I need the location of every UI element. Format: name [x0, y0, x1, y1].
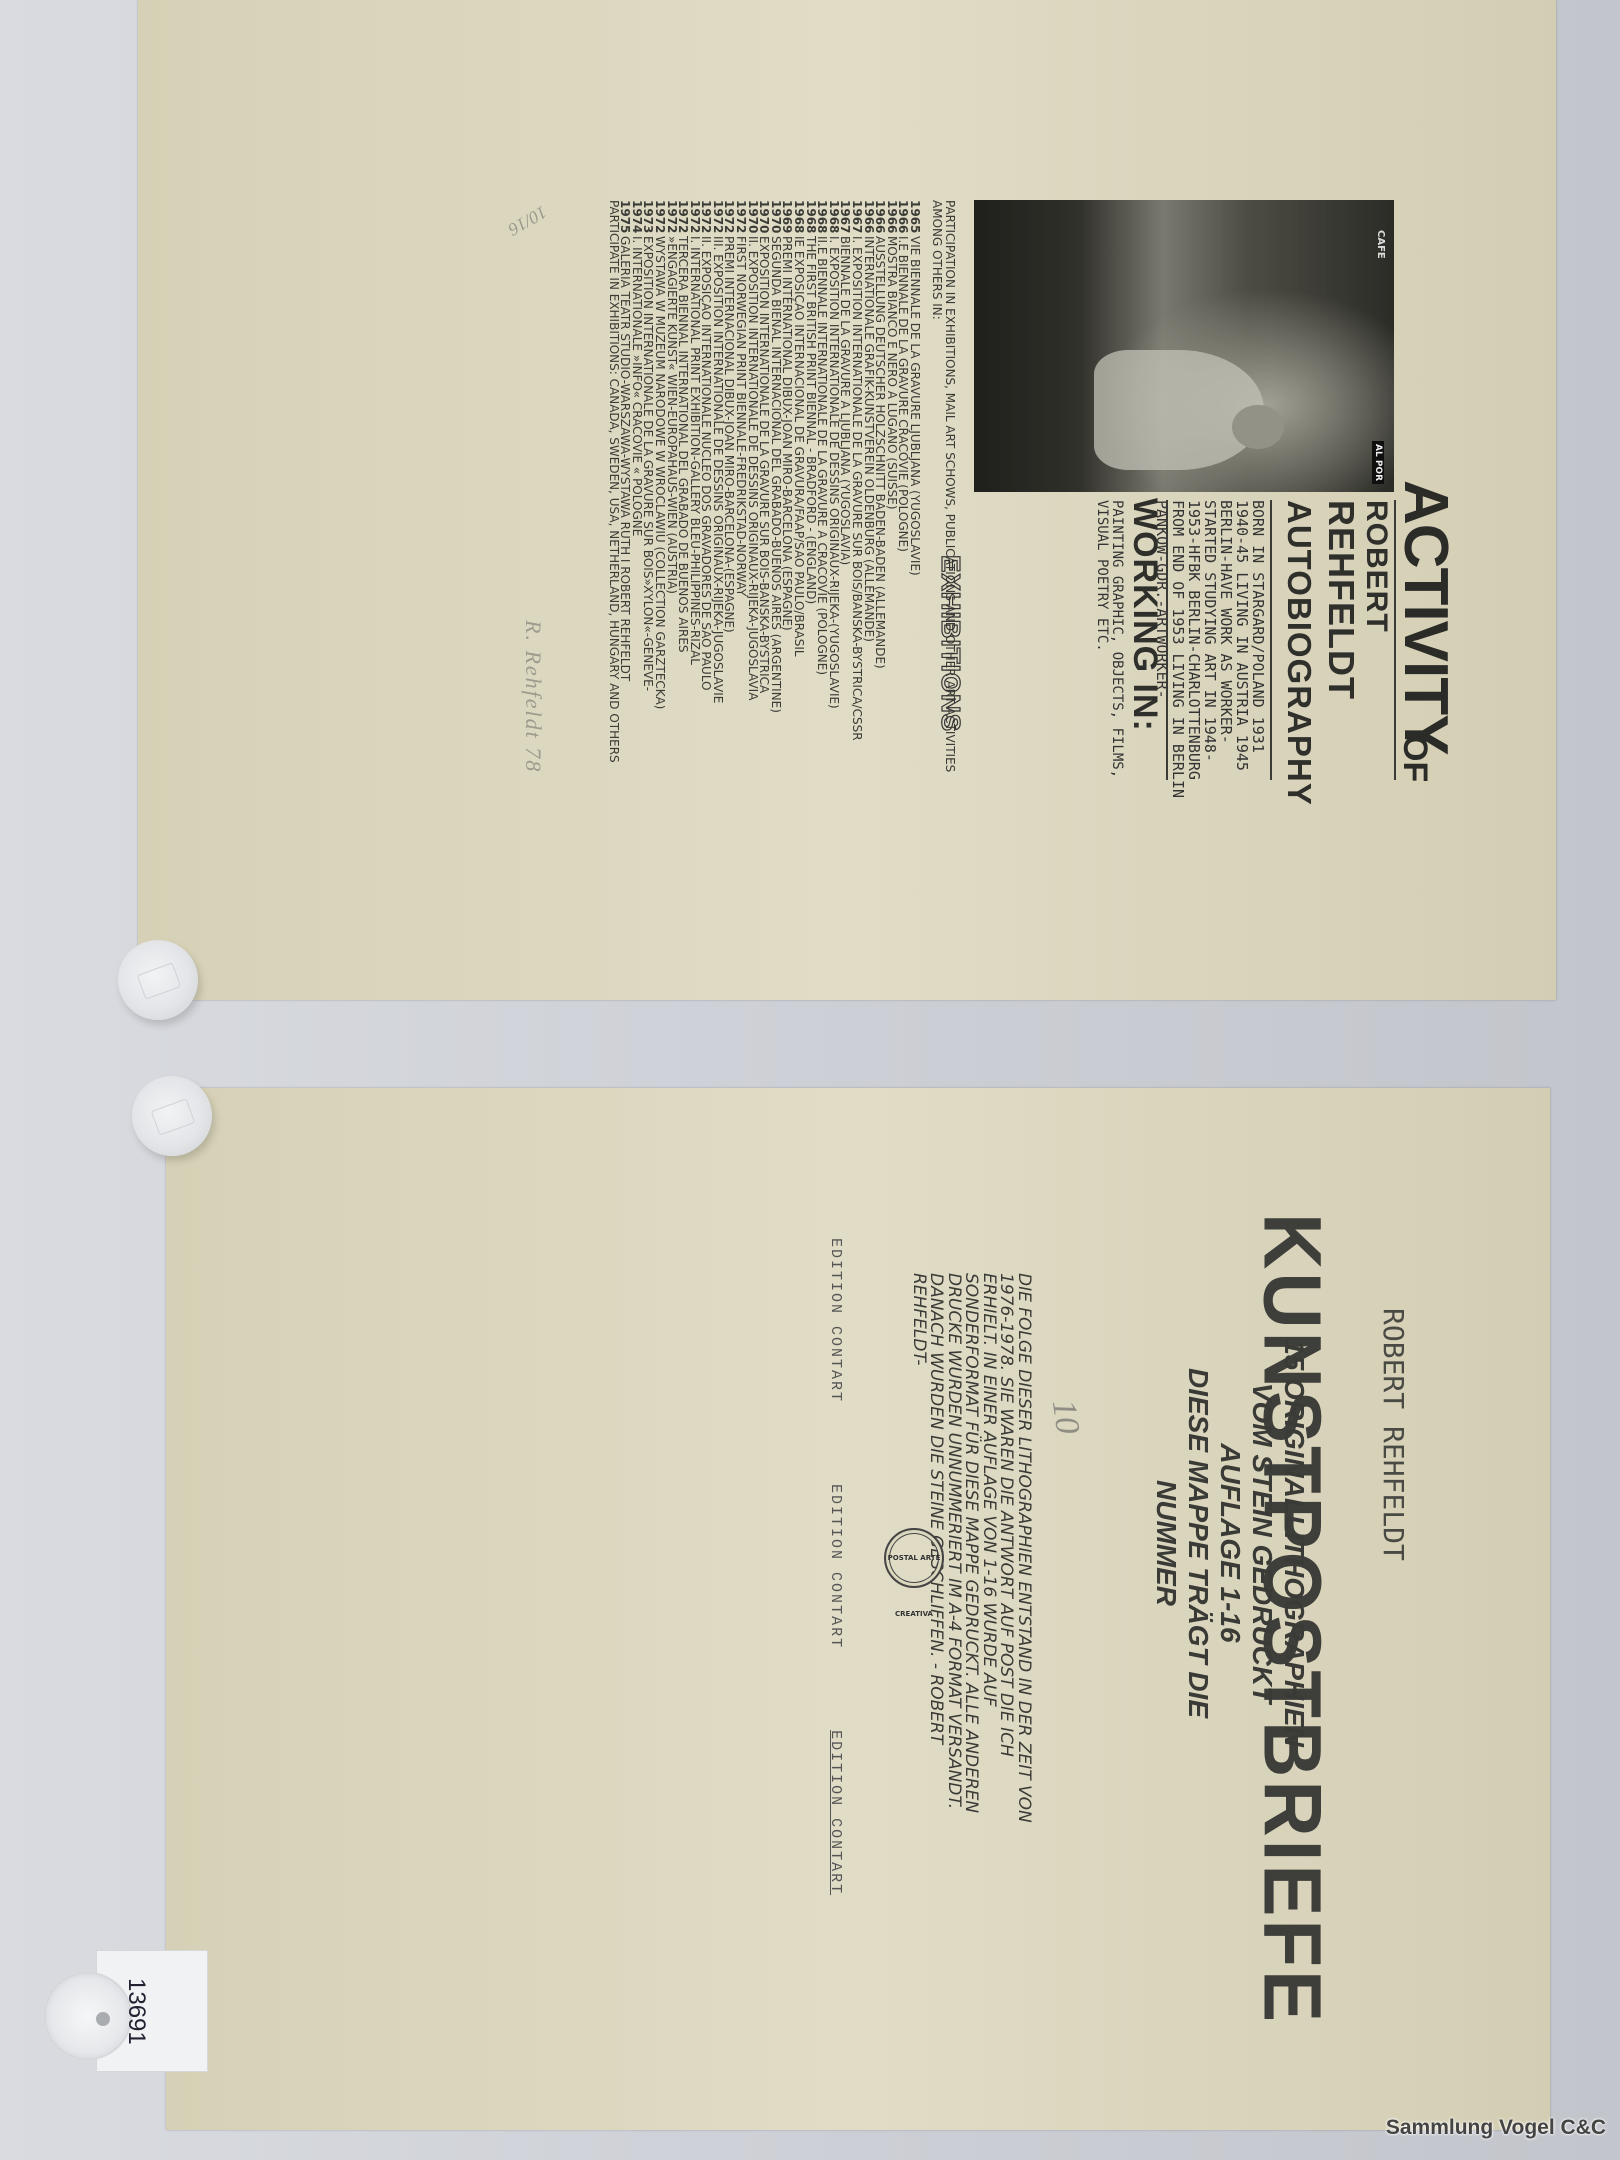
exhibition-entry: 1972»ENGAGIERTE KUNST« WIEN-EUROPAHAUS-W…: [665, 200, 677, 820]
subtitle-line: DIESE MAPPE TRÄGT DIE: [1182, 1233, 1214, 1853]
exhibition-year: 1972: [677, 200, 689, 236]
exhibition-title: II. EXPOSITION INTERNATIONALE DE DESSINS…: [746, 236, 758, 700]
exhibition-entry: 1973EXPOSITION INTERNATIONALE DE LA GRAV…: [642, 200, 654, 820]
exhibition-year: 1966: [874, 200, 886, 236]
exhibition-entry: 1972WYSTAWA W MUZEUM NARODOWE W WROCLAWI…: [653, 200, 665, 820]
exhibition-title: SEGUNDA BIENAL INTERNACIONAL DEL GRABADO…: [769, 236, 781, 713]
name-line: ROBERT: [1361, 500, 1391, 633]
exhibition-title: TERCERA BIENNAL INTERNATIONAL DEL GRABAD…: [677, 236, 689, 653]
artist-signature: R. Rehfeldt 78: [520, 620, 546, 773]
exhibition-year: 1972: [665, 200, 677, 236]
exhibition-title: THE FIRST BRITISH PRINT BIENNAL - BRADFO…: [804, 236, 816, 604]
exhibition-entry: 1965VIe BIENNALE DE LA GRAVURE LJUBLJANA…: [908, 200, 920, 820]
exhibition-title: PREMI INTERNATIONAL DIBUX-JOAN MIRO-BARC…: [781, 236, 793, 631]
exhibition-title: WYSTAWA W MUZEUM NARODOWE W WROCLAWIU (C…: [653, 236, 665, 709]
edition-label: EDITION CONTART: [827, 1238, 844, 1403]
exhibition-entry: 1970II. EXPOSITION INTERNATIONALE DE DES…: [746, 200, 758, 820]
exhibition-title: I.e BIENNALE DE LA GRAVURE CRACOVIE (POL…: [897, 236, 909, 552]
exhibition-title: EXPOSITION INTERNATIONALE DE LA GRAVURE …: [642, 236, 654, 691]
exhibition-year: 1966: [897, 200, 909, 236]
exhibition-year: 1975: [619, 200, 631, 236]
exhibition-entry: 1966MOSTRA BIANCO E NERO À LUGANO (SUISS…: [885, 200, 897, 820]
exhibition-entry: 1972TERCERA BIENNAL INTERNATIONAL DEL GR…: [677, 200, 689, 820]
exhibition-entry: 1966INTERNATIONALE GRAFIK-KUNSTVEREIN OL…: [862, 200, 874, 820]
activity-title: ACTIVITY: [1390, 480, 1461, 754]
edition-label: EDITION CONTART: [827, 1730, 844, 1895]
exhibitions-outline-word: EXHIBITIONS: [935, 555, 966, 732]
exhibition-entry: 1968II.e BIENNALE INTERNATIONALE DE LA G…: [816, 200, 828, 820]
exhibition-entry: 1966I.e BIENNALE DE LA GRAVURE CRACOVIE …: [897, 200, 909, 820]
exhibition-year: 1967: [850, 200, 862, 236]
working-text: PAINTING GRAPHIC, OBJECTS, FILMS, VISUAL…: [1094, 500, 1124, 800]
photo-figure: [1094, 350, 1264, 470]
subtitle-line: 15 ORIGINALLITHOGRAPHIEN: [1278, 1233, 1310, 1853]
exhibition-title: AUSSTELLUNG DEUTSCHER HOLZSCHNITT BADEN-…: [874, 236, 886, 669]
exhibition-entry: 1970SEGUNDA BIENAL INTERNACIONAL DEL GRA…: [769, 200, 781, 820]
exhibition-title: INTERNATIONALE GRAFIK-KUNSTVEREIN OLDENB…: [862, 236, 874, 642]
subtitle-line: NUMMER: [1150, 1233, 1182, 1853]
exhibition-entry: 1968I. EXPOSITION INTERNATIONALE DE DESS…: [827, 200, 839, 820]
mounting-clip: [118, 940, 198, 1020]
edition-number-pencil: 10/16: [504, 201, 550, 240]
exhibition-entry: 1972PREMI INTERNACIONAL DIBUX-JOAN MIRO-…: [723, 200, 735, 820]
exhibition-title: GALERIA TEATR STUDIO-WARSZAWA-WYSTAWA RU…: [619, 236, 631, 681]
exhibition-year: 1972: [688, 200, 700, 236]
subtitle-line: VOM STEIN GEDRUCKT: [1246, 1233, 1278, 1853]
exhibition-year: 1972: [653, 200, 665, 236]
photo-sign: AL POR: [1372, 441, 1384, 484]
exhibition-title: I. INTERNATIONALE »INFO« CRACOVIE « POLO…: [630, 236, 642, 536]
exhibition-year: 1968: [804, 200, 816, 236]
exhibition-closing-note: PARTICIPATE IN EXHIBITIONS: CANADA, SWED…: [607, 200, 619, 820]
exhibition-entry: 1968Ie EXPOSIÇÃO INTERNACIONAL DE GRAVUR…: [792, 200, 804, 820]
street-photo: CAFE AL POR: [974, 200, 1394, 492]
exhibition-year: 1972: [723, 200, 735, 236]
exhibition-title: FIRST NORWEGIAN PRINT BIENNALE-FREDRIKST…: [735, 236, 747, 596]
exhibition-entry: 1969PREMI INTERNATIONAL DIBUX-JOAN MIRO-…: [781, 200, 793, 820]
exhibition-list: 1965VIe BIENNALE DE LA GRAVURE LJUBLJANA…: [607, 200, 920, 820]
divider: [1166, 500, 1168, 780]
exhibition-year: 1970: [769, 200, 781, 236]
exhibition-entry: 1974I. INTERNATIONALE »INFO« CRACOVIE « …: [630, 200, 642, 820]
mounting-clip: [132, 1076, 212, 1156]
exhibition-year: 1970: [746, 200, 758, 236]
biography-text: BORN IN STARGARD/POLAND 1931 1940-45 LIV…: [1154, 500, 1266, 800]
clip-pin: [96, 2012, 110, 2026]
portfolio-author: ROBERT REHFELDT: [1377, 1308, 1410, 1561]
exhibition-year: 1968: [792, 200, 804, 236]
exhibition-year: 1970: [758, 200, 770, 236]
exhibition-year: 1966: [885, 200, 897, 236]
exhibition-title: Ie EXPOSIÇÃO INTERNACIONAL DE GRAVURA/FA…: [792, 236, 804, 657]
exhibition-year: 1968: [827, 200, 839, 236]
exhibition-entry: 1966AUSSTELLUNG DEUTSCHER HOLZSCHNITT BA…: [874, 200, 886, 820]
collection-watermark: Sammlung Vogel C&C: [1386, 2116, 1606, 2140]
autobiography-sheet-content: CAFE AL POR ACTIVITY OF ROBERT REHFELDT …: [138, 0, 1556, 1000]
cover-sheet-content: KUNSTPOSTBRIEFE ROBERT REHFELDT 15 ORIGI…: [166, 1088, 1550, 2130]
divider: [1394, 500, 1396, 780]
exhibition-title: I. INTERNATIONAL PRINT EXHIBITION-GALLER…: [688, 236, 700, 665]
inventory-number: 13691: [122, 1978, 150, 2045]
exhibition-title: PREMI INTERNACIONAL DIBUX-JOAN MIRO-BARC…: [723, 236, 735, 633]
exhibition-year: 1967: [839, 200, 851, 236]
divider: [1270, 500, 1272, 780]
activity-title-suffix: OF: [1395, 735, 1434, 782]
photo-sign: CAFE: [1375, 230, 1386, 259]
exhibition-entry: 1972III. EXPOSITION INTERNATIONALE DE DE…: [711, 200, 723, 820]
copy-number-pencil: 10: [1044, 1398, 1086, 1437]
edition-contart-row: EDITION CONTART EDITION CONTART EDITION …: [827, 1238, 844, 1965]
exhibition-title: EXPOSITION INTERNATIONALE DE LA GRAVURE …: [758, 236, 770, 693]
working-heading: WORKING IN:: [1125, 498, 1164, 732]
exhibition-year: 1974: [630, 200, 642, 236]
exhibition-year: 1968: [816, 200, 828, 236]
exhibition-year: 1966: [862, 200, 874, 236]
edition-label: EDITION CONTART: [827, 1484, 844, 1649]
exhibition-year: 1972: [735, 200, 747, 236]
postal-arte-creativa-stamp: POSTAL ARTE CREATIVA: [884, 1528, 944, 1588]
exhibition-entry: 1970EXPOSITION INTERNATIONALE DE LA GRAV…: [758, 200, 770, 820]
exhibition-entry: 1972FIRST NORWEGIAN PRINT BIENNALE-FREDR…: [735, 200, 747, 820]
exhibition-title: BIENNALE DE LA GRAVURE À LJUBLJANA (YUGO…: [839, 236, 851, 565]
exhibition-entry: 1968THE FIRST BRITISH PRINT BIENNAL - BR…: [804, 200, 816, 820]
mounting-clip: [44, 1972, 132, 2060]
exhibition-year: 1972: [700, 200, 712, 236]
exhibition-title: III. EXPOSITION INTERNATIONALE DE DESSIN…: [711, 236, 723, 703]
cover-sheet: KUNSTPOSTBRIEFE ROBERT REHFELDT 15 ORIGI…: [166, 1088, 1550, 2130]
exhibition-entry: 1967BIENNALE DE LA GRAVURE À LJUBLJANA (…: [839, 200, 851, 820]
exhibition-title: I. EXPOSITION INTERNATIONALE DE LA GRAVU…: [850, 236, 862, 741]
name-line: AUTOBIOGRAPHY: [1284, 500, 1314, 806]
photo-face: [1232, 405, 1284, 449]
exhibition-year: 1965: [908, 200, 920, 236]
exhibition-year: 1973: [642, 200, 654, 236]
portfolio-subtitle: 15 ORIGINALLITHOGRAPHIEN VOM STEIN GEDRU…: [1150, 1233, 1310, 1853]
exhibition-title: II. EXPOSIÇÃO INTERNATIONALE NUCLEO DOS …: [700, 236, 712, 691]
exhibition-title: MOSTRA BIANCO E NERO À LUGANO (SUISSE): [885, 236, 897, 510]
exhibition-title: VIe BIENNALE DE LA GRAVURE LJUBLJANA (YU…: [908, 236, 920, 576]
exhibition-title: II.e BIENNALE INTERNATIONALE DE LA GRAVU…: [816, 236, 828, 675]
exhibition-title: »ENGAGIERTE KUNST« WIEN-EUROPAHAUS-WIEN …: [665, 236, 677, 594]
subtitle-line: AUFLAGE 1-16: [1214, 1233, 1246, 1853]
exhibition-year: 1972: [711, 200, 723, 236]
exhibition-entry: 1972I. INTERNATIONAL PRINT EXHIBITION-GA…: [688, 200, 700, 820]
name-line: REHFELDT: [1326, 500, 1356, 700]
exhibition-year: 1969: [781, 200, 793, 236]
exhibition-entry: 1967I. EXPOSITION INTERNATIONALE DE LA G…: [850, 200, 862, 820]
exhibition-entry: 1975GALERIA TEATR STUDIO-WARSZAWA-WYSTAW…: [619, 200, 631, 820]
exhibition-title: I. EXPOSITION INTERNATIONALE DE DESSINS …: [827, 236, 839, 709]
autobiography-sheet: CAFE AL POR ACTIVITY OF ROBERT REHFELDT …: [138, 0, 1556, 1000]
exhibition-entry: 1972II. EXPOSIÇÃO INTERNATIONALE NUCLEO …: [700, 200, 712, 820]
